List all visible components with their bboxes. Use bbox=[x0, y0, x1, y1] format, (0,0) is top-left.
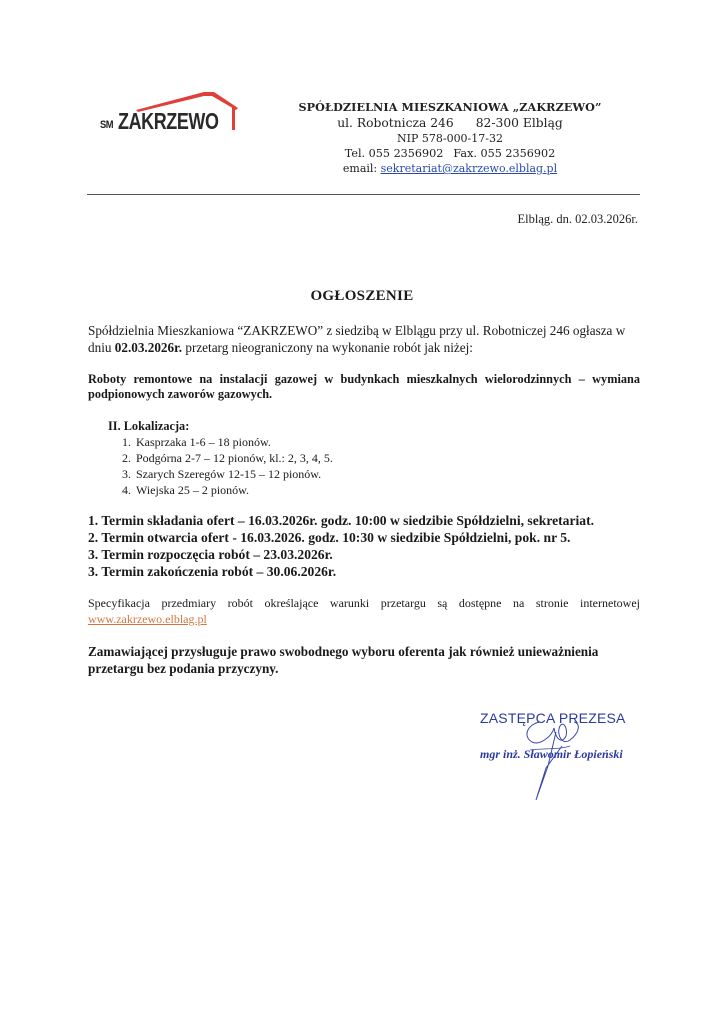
intro-text-end: przetarg nieograniczony na wykonanie rob… bbox=[182, 340, 473, 355]
street: ul. Robotnicza 246 bbox=[337, 116, 453, 130]
location-item: Szarych Szeregów 12-15 – 12 pionów. bbox=[134, 466, 333, 482]
location-item: Wiejska 25 – 2 pionów. bbox=[134, 482, 333, 498]
organization-name: SPÓŁDZIELNIA MIESZKANIOWA „ZAKRZEWO” bbox=[270, 100, 630, 114]
deadline-item: 3. Termin rozpoczęcia robót – 23.03.2026… bbox=[88, 546, 594, 563]
logo-prefix: SM bbox=[100, 119, 113, 131]
address-line: ul. Robotnicza 24682-300 Elbląg bbox=[270, 116, 630, 130]
telephone: Tel. 055 2356902 bbox=[345, 147, 444, 160]
deadline-item: 1. Termin składania ofert – 16.03.2026r.… bbox=[88, 512, 594, 529]
document-title: OGŁOSZENIE bbox=[0, 288, 724, 305]
company-logo: SM ZAKRZEWO bbox=[96, 88, 242, 134]
location-item: Podgórna 2-7 – 12 pionów, kl.: 2, 3, 4, … bbox=[134, 450, 333, 466]
location-heading: II. Lokalizacja: bbox=[108, 418, 333, 434]
header-divider bbox=[87, 194, 640, 195]
announcement-date: 02.03.2026r. bbox=[115, 340, 182, 355]
fax: Fax. 055 2356902 bbox=[453, 147, 555, 160]
website-link[interactable]: www.zakrzewo.elblag.pl bbox=[88, 612, 207, 626]
location-item: Kasprzaka 1-6 – 18 pionów. bbox=[134, 434, 333, 450]
specification-text: Specyfikacja przedmiary robót określając… bbox=[88, 596, 640, 610]
nip: NIP 578-000-17-32 bbox=[270, 132, 630, 145]
city: 82-300 Elbląg bbox=[476, 116, 563, 130]
rights-paragraph: Zamawiającej przysługuje prawo swobodneg… bbox=[88, 643, 648, 677]
specification-paragraph: Specyfikacja przedmiary robót określając… bbox=[88, 596, 640, 627]
location-section: II. Lokalizacja: Kasprzaka 1-6 – 18 pion… bbox=[108, 418, 333, 498]
deadlines-list: 1. Termin składania ofert – 16.03.2026r.… bbox=[88, 512, 594, 580]
deadline-item: 2. Termin otwarcia ofert - 16.03.2026. g… bbox=[88, 529, 594, 546]
scope-of-work: Roboty remontowe na instalacji gazowej w… bbox=[88, 372, 640, 402]
signature-stamp: ZASTĘPCA PREZESA mgr inż. Sławomir Łopie… bbox=[470, 706, 670, 806]
email-line: email: sekretariat@zakrzewo.elblag.pl bbox=[270, 162, 630, 175]
letterhead: SPÓŁDZIELNIA MIESZKANIOWA „ZAKRZEWO” ul.… bbox=[270, 100, 630, 175]
date-line: Elbląg. dn. 02.03.2026r. bbox=[518, 212, 638, 227]
email-link[interactable]: sekretariat@zakrzewo.elblag.pl bbox=[381, 162, 558, 175]
intro-paragraph: Spółdzielnia Mieszkaniowa “ZAKRZEWO” z s… bbox=[88, 322, 648, 356]
logo-name: ZAKRZEWO bbox=[118, 108, 219, 135]
phone-line: Tel. 055 2356902Fax. 055 2356902 bbox=[270, 147, 630, 160]
deadline-item: 3. Termin zakończenia robót – 30.06.2026… bbox=[88, 563, 594, 580]
email-label: email: bbox=[343, 162, 377, 175]
handwritten-signature-icon bbox=[470, 706, 670, 806]
location-list: Kasprzaka 1-6 – 18 pionów. Podgórna 2-7 … bbox=[108, 434, 333, 498]
